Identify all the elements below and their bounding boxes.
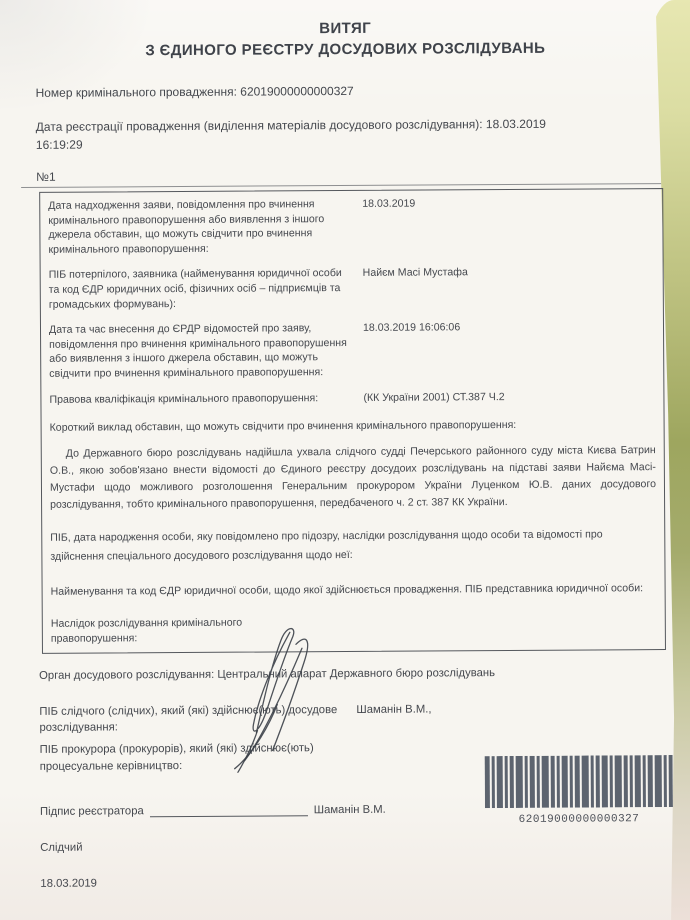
summary-paragraph: До Державного бюро розслідувань надійшла… (50, 442, 656, 514)
row-value: 18.03.2019 (362, 195, 654, 255)
document-subtitle: З ЄДИНОГО РЕЄСТРУ ДОСУДОВИХ РОЗСЛІДУВАНЬ (0, 39, 690, 60)
row-label: ПІБ потерпілого, заявника (найменування … (49, 266, 349, 312)
summary-text: До Державного бюро розслідувань надійшла… (50, 442, 656, 514)
outcome-heading: Наслідок розслідування кримінального пра… (51, 616, 301, 647)
investigator-name: Шаманін В.М., (356, 700, 649, 735)
case-number-label: Номер кримінального провадження: (36, 85, 237, 100)
table-row: Дата та час внесення до ЄРДР відомостей … (49, 319, 655, 381)
investigator-title: Слідчий (40, 838, 650, 854)
row-label: Дата надходження заяви, повідомлення про… (48, 197, 348, 257)
table-row: Правова кваліфікація кримінального право… (49, 389, 655, 407)
barcode: 62019000000000327 (485, 755, 673, 826)
registration-time: 16:19:29 (36, 132, 646, 154)
investigator-label: ПІБ слідчого (слідчих), який (які) здійс… (39, 701, 356, 736)
signature-blank-line (150, 803, 308, 817)
record-divider (21, 183, 661, 188)
record-number: №1 (36, 166, 646, 184)
barcode-number: 62019000000000327 (485, 813, 673, 826)
record-table: Дата надходження заяви, повідомлення про… (39, 188, 666, 653)
row-label: Дата та час внесення до ЄРДР відомостей … (49, 321, 349, 381)
row-value: (КК України 2001) СТ.387 Ч.2 (363, 389, 655, 405)
suspect-heading: ПІБ, дата народження особи, яку повідомл… (50, 525, 656, 567)
table-row: ПІБ потерпілого, заявника (найменування … (49, 265, 655, 313)
row-label: Правова кваліфікація кримінального право… (49, 391, 349, 407)
legal-entity-heading: Найменування та код ЄДР юридичної особи,… (51, 581, 657, 599)
row-value: Найєм Масі Мустафа (363, 265, 655, 311)
footer-date: 18.03.2019 (40, 874, 650, 890)
document-page: ВИТЯГ З ЄДИНОГО РЕЄСТРУ ДОСУДОВИХ РОЗСЛІ… (0, 0, 690, 920)
case-number-line: Номер кримінального провадження: 6201900… (36, 82, 646, 100)
document-title: ВИТЯГ (0, 18, 690, 39)
investigation-body-line: Орган досудового розслідування: Централь… (39, 666, 649, 682)
table-row: Дата надходження заяви, повідомлення про… (48, 195, 654, 257)
barcode-bars (485, 755, 673, 808)
registrar-signature-label: Підпис реєстратора (40, 805, 144, 818)
summary-heading: Короткий виклад обставин, що можуть свід… (50, 417, 656, 435)
registrar-name: Шаманін В.М. (314, 804, 386, 816)
registration-line: Дата реєстрації провадження (виділення м… (36, 114, 646, 154)
row-value: 18.03.2019 16:06:06 (363, 319, 655, 379)
investigator-row: ПІБ слідчого (слідчих), який (які) здійс… (39, 700, 649, 736)
investigator-label-line2: розслідування: (39, 718, 356, 736)
case-number-value: 62019000000000327 (240, 84, 354, 99)
investigator-label-line1: ПІБ слідчого (слідчих), який (які) здійс… (39, 701, 356, 719)
